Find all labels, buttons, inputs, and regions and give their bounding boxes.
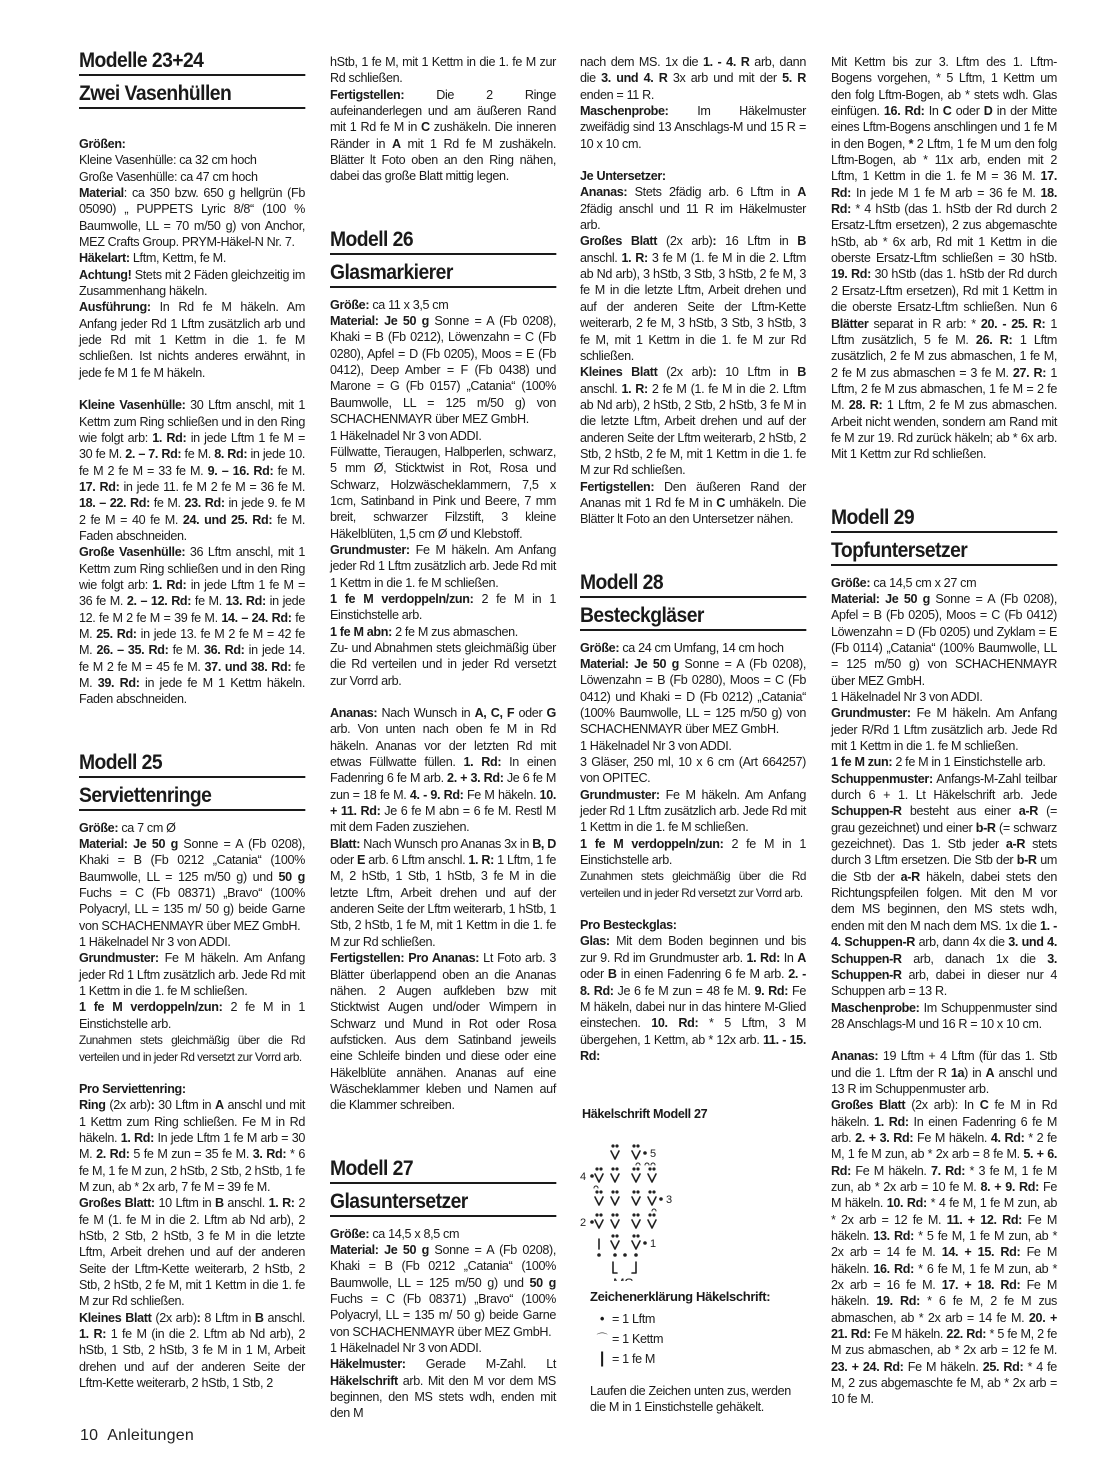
paragraph: Große Vasenhülle: ca 47 cm hoch [79,169,305,185]
paragraph: Mit Kettm bis zur 3. Lftm des 1. Lftm-Bo… [831,54,1057,463]
chart-note: Laufen die Zeichen unten zus, werden die… [590,1383,806,1416]
column-3: nach dem MS. 1x die 1. - 4. R arb, dann … [580,54,806,1416]
paragraph: Material: ca 350 bzw. 650 g hellgrün (Fb… [79,185,305,250]
crochet-symbol-chart: 5 4 3 2 1 MS [580,1131,720,1281]
note-text: Zunahmen stets gleichmäßig über die Rd v… [79,1032,305,1065]
svg-text:4: 4 [580,1171,586,1183]
paragraph: Kleine Vasenhülle: ca 32 cm hoch [79,152,305,168]
paragraph-group: Größe: ca 24 cm Umfang, 14 cm hochMateri… [580,640,806,869]
paragraph: Großes Blatt (2x arb): 16 Lftm in B ansc… [580,233,806,364]
paragraph-group: Größe: ca 11 x 3,5 cmMaterial: Je 50 g S… [330,297,556,689]
legend-item-slip: ⌒ = 1 Kettm [592,1329,806,1349]
column-1: Modelle 23+24 Zwei Vasenhüllen Größen:Kl… [79,46,305,1391]
paragraph: Fertigstellen: Pro Ananas: Lt Foto arb. … [330,950,556,1113]
paragraph: Grundmuster: Fe M häkeln. Am Anfang jede… [330,542,556,591]
paragraph-group: Pro Besteckglas:Glas: Mit dem Boden begi… [580,917,806,1064]
paragraph-group: Mit Kettm bis zur 3. Lftm des 1. Lftm-Bo… [831,54,1057,463]
paragraph: Größe: ca 11 x 3,5 cm [330,297,556,313]
paragraph: Füllwatte, Tieraugen, Halbperlen, schwar… [330,444,556,542]
paragraph: Material: Je 50 g Sonne = A (Fb 0208), K… [330,313,556,427]
paragraph: 1 fe M verdoppeln/zun: 2 fe M in 1 Einst… [79,999,305,1032]
paragraph: Je Untersetzer: [580,168,806,184]
heading-line-2: Serviettenringe [79,781,305,811]
heading-line-1: Modell 26 [330,225,556,255]
legend-item-chain: • = 1 Lftm [592,1309,806,1329]
paragraph: Glas: Mit dem Boden beginnen und bis zur… [580,933,806,1064]
paragraph: 1 fe M abn: 2 fe M zus abmaschen. [330,624,556,640]
paragraph: Maschenprobe: Im Schuppenmuster sind 28 … [831,1000,1057,1033]
paragraph: Ausführung: In Rd fe M häkeln. Am Anfang… [79,299,305,381]
legend-item-single: | = 1 fe M [592,1349,806,1369]
svg-text:2: 2 [580,1217,586,1229]
section-name: Anleitungen [107,1427,194,1444]
note-text: Zunahmen stets gleichmäßig über die Rd v… [580,868,806,901]
paragraph: Großes Blatt: 10 Lftm in B anschl. 1. R:… [79,1195,305,1309]
paragraph: Material: Je 50 g Sonne = A (Fb 0208), A… [831,591,1057,689]
paragraph: 1 Häkelnadel Nr 3 von ADDI. [79,934,305,950]
page-footer: 10Anleitungen [80,1427,194,1445]
paragraph: Pro Besteckglas: [580,917,806,933]
paragraph: Pro Serviettenring: [79,1081,305,1097]
paragraph: Material: Je 50 g Sonne = A (Fb 0208), L… [580,656,806,738]
heading-modell-27: Modell 27 Glasuntersetzer [330,1154,556,1217]
paragraph: Zu- und Abnahmen stets gleichmäßig über … [330,640,556,689]
legend-label: = 1 Lftm [612,1311,655,1327]
legend-title: Zeichenerklärung Häkelschrift: [590,1289,806,1305]
paragraph: Häkelmuster: Gerade M-Zahl. Lt Häkelschr… [330,1356,556,1421]
paragraph-group: Größe: ca 7 cm ØMaterial: Je 50 g Sonne … [79,820,305,1032]
paragraph: 1 Häkelnadel Nr 3 von ADDI. [330,1340,556,1356]
paragraph: 1 fe M verdoppeln/zun: 2 fe M in 1 Einst… [580,836,806,869]
legend-label: = 1 Kettm [612,1331,663,1347]
heading-line-1: Modell 25 [79,748,305,778]
paragraph: Material: Je 50 g Sonne = A (Fb 0208), K… [79,836,305,934]
paragraph: Blatt: Nach Wunsch pro Ananas 3x in B, D… [330,836,556,950]
paragraph: 1 fe M zun: 2 fe M in 1 Einstichstelle a… [831,754,1057,770]
page-number: 10 [80,1427,98,1444]
paragraph-group: hStb, 1 fe M, mit 1 Kettm in die 1. fe M… [330,54,556,185]
paragraph-group: Größe: ca 14,5 x 8,5 cmMaterial: Je 50 g… [330,1226,556,1422]
heading-line-2: Glasuntersetzer [330,1187,556,1217]
legend-label: = 1 fe M [612,1351,655,1367]
paragraph: Ring (2x arb): 30 Lftm in A anschl und m… [79,1097,305,1195]
paragraph-group: nach dem MS. 1x die 1. - 4. R arb, dann … [580,54,806,152]
svg-text:MS: MS [613,1275,633,1281]
crochet-chart-diagram: 5 4 3 2 1 MS [580,1131,780,1281]
paragraph: Großes Blatt (2x arb): In C fe M in Rd h… [831,1097,1057,1408]
column-4: Mit Kettm bis zur 3. Lftm des 1. Lftm-Bo… [831,54,1057,1408]
heading-modell-26: Modell 26 Glasmarkierer [330,225,556,288]
paragraph: Fertigstellen: Die 2 Ringe aufeinanderle… [330,87,556,185]
paragraph-group: Kleine Vasenhülle: 30 Lftm anschl, mit 1… [79,397,305,708]
paragraph: 1 fe M verdoppeln/zun: 2 fe M in 1 Einst… [330,591,556,624]
paragraph: Fertigstellen: Den äußeren Rand der Anan… [580,479,806,528]
paragraph: Material: Je 50 g Sonne = A (Fb 0208), K… [330,1242,556,1340]
paragraph: Maschenprobe: Im Häkelmuster zweifädig s… [580,103,806,152]
paragraph: 1 Häkelnadel Nr 3 von ADDI. [831,689,1057,705]
column-2: hStb, 1 fe M, mit 1 Kettm in die 1. fe M… [330,54,556,1422]
paragraph-group: Ananas: Nach Wunsch in A, C, F oder G ar… [330,705,556,1114]
paragraph: 1 Häkelnadel Nr 3 von ADDI. [580,738,806,754]
paragraph: nach dem MS. 1x die 1. - 4. R arb, dann … [580,54,806,103]
paragraph: Ananas: Nach Wunsch in A, C, F oder G ar… [330,705,556,836]
paragraph: Schuppenmuster: Anfangs-M-Zahl teilbar d… [831,771,1057,1000]
svg-text:5: 5 [650,1148,656,1160]
heading-modell-25: Modell 25 Serviettenringe [79,748,305,811]
heading-line-1: Modell 29 [831,503,1057,533]
paragraph: hStb, 1 fe M, mit 1 Kettm in die 1. fe M… [330,54,556,87]
heading-line-2: Zwei Vasenhüllen [79,79,305,109]
heading-line-2: Topfuntersetzer [831,536,1057,566]
heading-line-1: Modell 27 [330,1154,556,1184]
paragraph: 1 Häkelnadel Nr 3 von ADDI. [330,428,556,444]
paragraph: Grundmuster: Fe M häkeln. Am Anfang jede… [831,705,1057,754]
paragraph: 3 Gläser, 250 ml, 10 x 6 cm (Art 664257)… [580,754,806,787]
paragraph: Grundmuster: Fe M häkeln. Am Anfang jede… [580,787,806,836]
slip-stitch-icon: ⌒ [592,1331,612,1347]
heading-modell-29: Modell 29 Topfuntersetzer [831,503,1057,566]
heading-line-2: Glasmarkierer [330,258,556,288]
paragraph: Größe: ca 7 cm Ø [79,820,305,836]
heading-modell-28: Modell 28 Besteckgläser [580,568,806,631]
paragraph: Größe: ca 24 cm Umfang, 14 cm hoch [580,640,806,656]
heading-line-1: Modell 28 [580,568,806,598]
paragraph: Kleines Blatt (2x arb): 10 Lftm in B ans… [580,364,806,478]
paragraph: Kleine Vasenhülle: 30 Lftm anschl, mit 1… [79,397,305,544]
paragraph: Ananas: 19 Lftm + 4 Lftm (für das 1. Stb… [831,1048,1057,1097]
heading-modelle-23-24: Modelle 23+24 Zwei Vasenhüllen [79,46,305,109]
paragraph: Achtung! Stets mit 2 Fäden gleichzeitig … [79,267,305,300]
svg-text:3: 3 [666,1194,672,1206]
paragraph: Grundmuster: Fe M häkeln. Am Anfang jede… [79,950,305,999]
paragraph: Größen: [79,136,305,152]
paragraph-group: Pro Serviettenring:Ring (2x arb): 30 Lft… [79,1081,305,1392]
svg-text:1: 1 [650,1238,656,1250]
paragraph-group: Ananas: 19 Lftm + 4 Lftm (für das 1. Stb… [831,1048,1057,1408]
paragraph-group: Größen:Kleine Vasenhülle: ca 32 cm hochG… [79,136,305,381]
paragraph: Ananas: Stets 2fädig arb. 6 Lftm in A 2f… [580,184,806,233]
heading-line-1: Modelle 23+24 [79,46,305,76]
heading-line-2: Besteckgläser [580,601,806,631]
chain-stitch-icon: • [592,1311,612,1327]
single-crochet-icon: | [592,1351,612,1367]
paragraph: Kleines Blatt (2x arb): 8 Lftm in B ansc… [79,1310,305,1392]
legend: • = 1 Lftm ⌒ = 1 Kettm | = 1 fe M [586,1309,806,1369]
paragraph: Große Vasenhülle: 36 Lftm anschl, mit 1 … [79,544,305,707]
crochet-chart-title: Häkelschrift Modell 27 [582,1106,806,1122]
paragraph-group: Je Untersetzer:Ananas: Stets 2fädig arb.… [580,168,806,528]
paragraph: Häkelart: Lftm, Kettm, fe M. [79,250,305,266]
paragraph: Größe: ca 14,5 x 8,5 cm [330,1226,556,1242]
paragraph-group: Größe: ca 14,5 cm x 27 cmMaterial: Je 50… [831,575,1057,1033]
paragraph: Größe: ca 14,5 cm x 27 cm [831,575,1057,591]
